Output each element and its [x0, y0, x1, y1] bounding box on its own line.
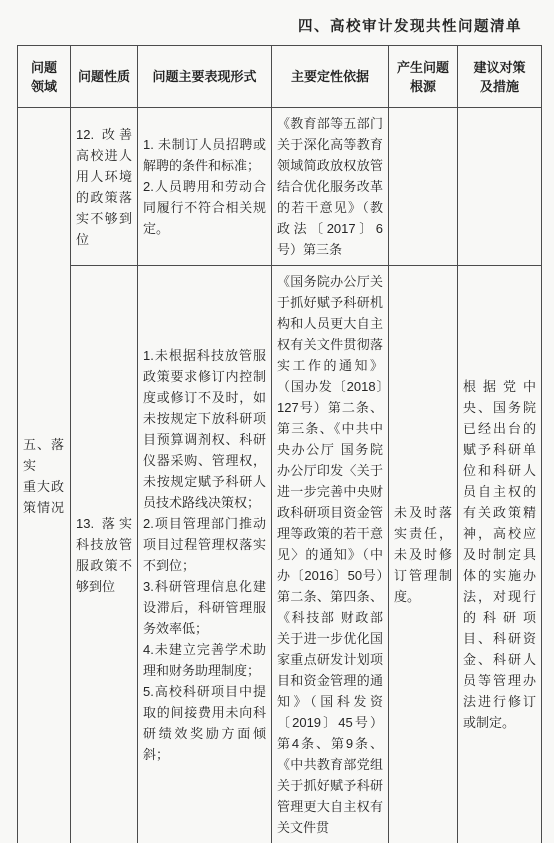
cell-countermeasure-issue-12: [458, 108, 542, 266]
cell-nature-issue-13: 13. 落实科技放管服政策不够到位: [71, 266, 138, 843]
table-row-issue-12: 五、落实 重大政 策情况 12. 改善高校进人用人环境的政策落实不够到位 1. …: [18, 108, 542, 266]
cell-manifestation-issue-12: 1. 未制订人员招聘或解聘的条件和标准； 2.人员聘用和劳动合同履行不符合相关规…: [138, 108, 272, 266]
header-countermeasures: 建议对策 及措施: [458, 46, 542, 108]
header-problem-nature: 问题性质: [71, 46, 138, 108]
audit-issues-table: 问题 领域 问题性质 问题主要表现形式 主要定性依据 产生问题 根源 建议对策 …: [17, 45, 542, 843]
cell-countermeasure-issue-13: 根据党中央、国务院已经出台的赋予科研单位和科研人员自主权的有关政策精神，高校应及…: [458, 266, 542, 843]
header-manifestation: 问题主要表现形式: [138, 46, 272, 108]
cell-root-cause-issue-12: [389, 108, 458, 266]
document-page: 四、高校审计发现共性问题清单 问题 领域 问题性质 问题主要表现形式 主要定性依…: [0, 0, 554, 843]
table-row-issue-13: 13. 落实科技放管服政策不够到位 1.未根据科技放管服政策要求修订内控制度或修…: [18, 266, 542, 843]
cell-nature-issue-12: 12. 改善高校进人用人环境的政策落实不够到位: [71, 108, 138, 266]
table-header-row: 问题 领域 问题性质 问题主要表现形式 主要定性依据 产生问题 根源 建议对策 …: [18, 46, 542, 108]
cell-root-cause-issue-13: 未及时落实责任，未及时修订管理制度。: [389, 266, 458, 843]
page-title: 四、高校审计发现共性问题清单: [0, 0, 554, 45]
cell-basis-issue-12: 《教育部等五部门关于深化高等教育领域简政放权放管结合优化服务改革的若干意见》（教…: [272, 108, 389, 266]
header-qualitative-basis: 主要定性依据: [272, 46, 389, 108]
cell-problem-domain: 五、落实 重大政 策情况: [18, 108, 71, 843]
cell-manifestation-issue-13: 1.未根据科技放管服政策要求修订内控制度或修订不及时，如未按规定下放科研项目预算…: [138, 266, 272, 843]
cell-basis-issue-13: 《国务院办公厅关于抓好赋予科研机构和人员更大自主权有关文件贯彻落实工作的通知》（…: [272, 266, 389, 843]
header-root-cause: 产生问题 根源: [389, 46, 458, 108]
header-problem-domain: 问题 领域: [18, 46, 71, 108]
